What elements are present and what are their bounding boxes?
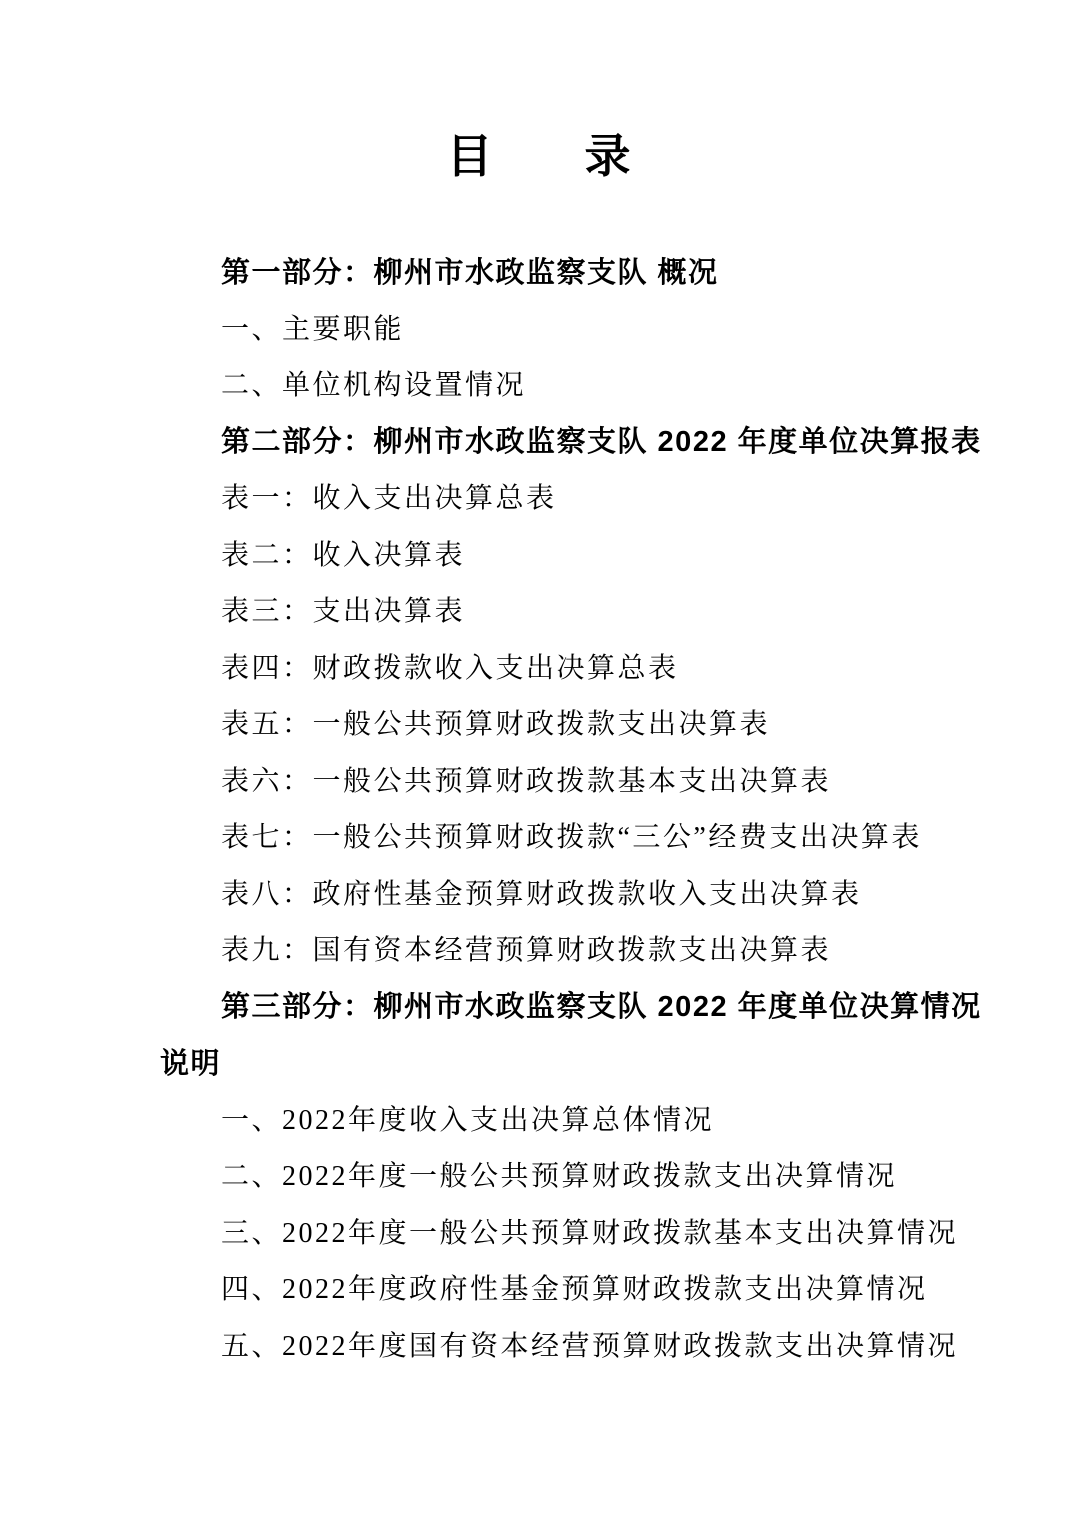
document-page: 目 录 第一部分：柳州市水政监察支队 概况 一、主要职能 二、单位机构设置情况 … bbox=[0, 0, 1075, 1520]
part1-item-2: 二、单位机构设置情况 bbox=[160, 355, 917, 412]
part3-item-5: 五、2022年度国有资本经营预算财政拨款支出决算情况 bbox=[160, 1316, 917, 1373]
part2-table-7: 表七：一般公共预算财政拨款“三公”经费支出决算表 bbox=[160, 807, 917, 864]
part1-heading: 第一部分：柳州市水政监察支队 概况 bbox=[160, 242, 917, 299]
part2-table-1: 表一：收入支出决算总表 bbox=[160, 468, 917, 525]
part1-item-1: 一、主要职能 bbox=[160, 299, 917, 356]
part3-heading-line2: 说明 bbox=[160, 1033, 917, 1090]
toc-content: 目 录 第一部分：柳州市水政监察支队 概况 一、主要职能 二、单位机构设置情况 … bbox=[0, 126, 1075, 1372]
doc-title: 目 录 bbox=[160, 126, 917, 186]
part3-heading-line1: 第三部分：柳州市水政监察支队 2022 年度单位决算情况 bbox=[160, 977, 917, 1034]
part2-heading: 第二部分：柳州市水政监察支队 2022 年度单位决算报表 bbox=[160, 412, 917, 469]
part3-item-2: 二、2022年度一般公共预算财政拨款支出决算情况 bbox=[160, 1146, 917, 1203]
part2-table-5: 表五：一般公共预算财政拨款支出决算表 bbox=[160, 694, 917, 751]
part2-table-9: 表九：国有资本经营预算财政拨款支出决算表 bbox=[160, 920, 917, 977]
part3-item-1: 一、2022年度收入支出决算总体情况 bbox=[160, 1090, 917, 1147]
part2-table-4: 表四：财政拨款收入支出决算总表 bbox=[160, 638, 917, 695]
part2-table-2: 表二：收入决算表 bbox=[160, 525, 917, 582]
part2-table-6: 表六：一般公共预算财政拨款基本支出决算表 bbox=[160, 751, 917, 808]
part3-item-4: 四、2022年度政府性基金预算财政拨款支出决算情况 bbox=[160, 1259, 917, 1316]
part2-table-3: 表三：支出决算表 bbox=[160, 581, 917, 638]
part2-table-8: 表八：政府性基金预算财政拨款收入支出决算表 bbox=[160, 864, 917, 921]
part3-item-3: 三、2022年度一般公共预算财政拨款基本支出决算情况 bbox=[160, 1203, 917, 1260]
